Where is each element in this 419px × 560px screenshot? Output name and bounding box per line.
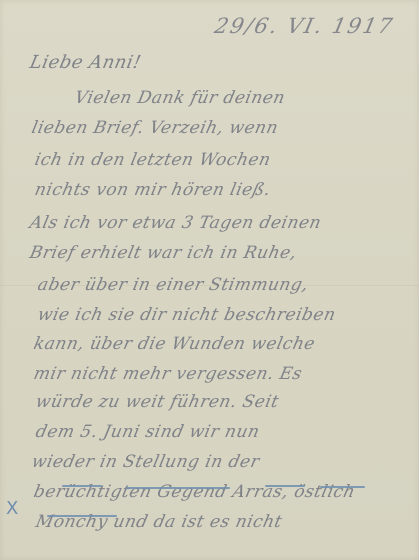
blue-underline xyxy=(265,485,305,487)
letter-line-6: Brief erhielt war ich in Ruhe, xyxy=(28,243,299,263)
letter-line-13: wieder in Stellung in der xyxy=(30,452,262,472)
blue-underline xyxy=(47,515,117,517)
letter-line-11: würde zu weit führen. Seit xyxy=(34,392,281,412)
letter-line-5: Als ich vor etwa 3 Tagen deinen xyxy=(28,213,323,233)
margin-x-mark: X xyxy=(6,498,18,519)
letter-line-10: mir nicht mehr vergessen. Es xyxy=(32,364,304,384)
letter-line-12: dem 5. Juni sind wir nun xyxy=(34,422,262,442)
letter-line-3: ich in den letzten Wochen xyxy=(33,150,273,170)
blue-underline xyxy=(125,487,230,489)
letter-date: 29/6. VI. 1917 xyxy=(212,14,396,38)
salutation: Liebe Anni! xyxy=(28,52,143,73)
letter-line-2: lieben Brief. Verzeih, wenn xyxy=(30,118,280,138)
letter-line-9: kann, über die Wunden welche xyxy=(32,334,317,354)
blue-underline xyxy=(62,485,102,487)
letter-page: 29/6. VI. 1917 Liebe Anni! Vielen Dank f… xyxy=(0,0,419,560)
blue-underline xyxy=(320,486,365,488)
letter-line-8: wie ich sie dir nicht beschreiben xyxy=(36,305,338,325)
letter-line-1: Vielen Dank für deinen xyxy=(73,88,287,108)
letter-line-4: nichts von mir hören ließ. xyxy=(33,180,273,200)
letter-line-7: aber über in einer Stimmung, xyxy=(36,275,310,295)
